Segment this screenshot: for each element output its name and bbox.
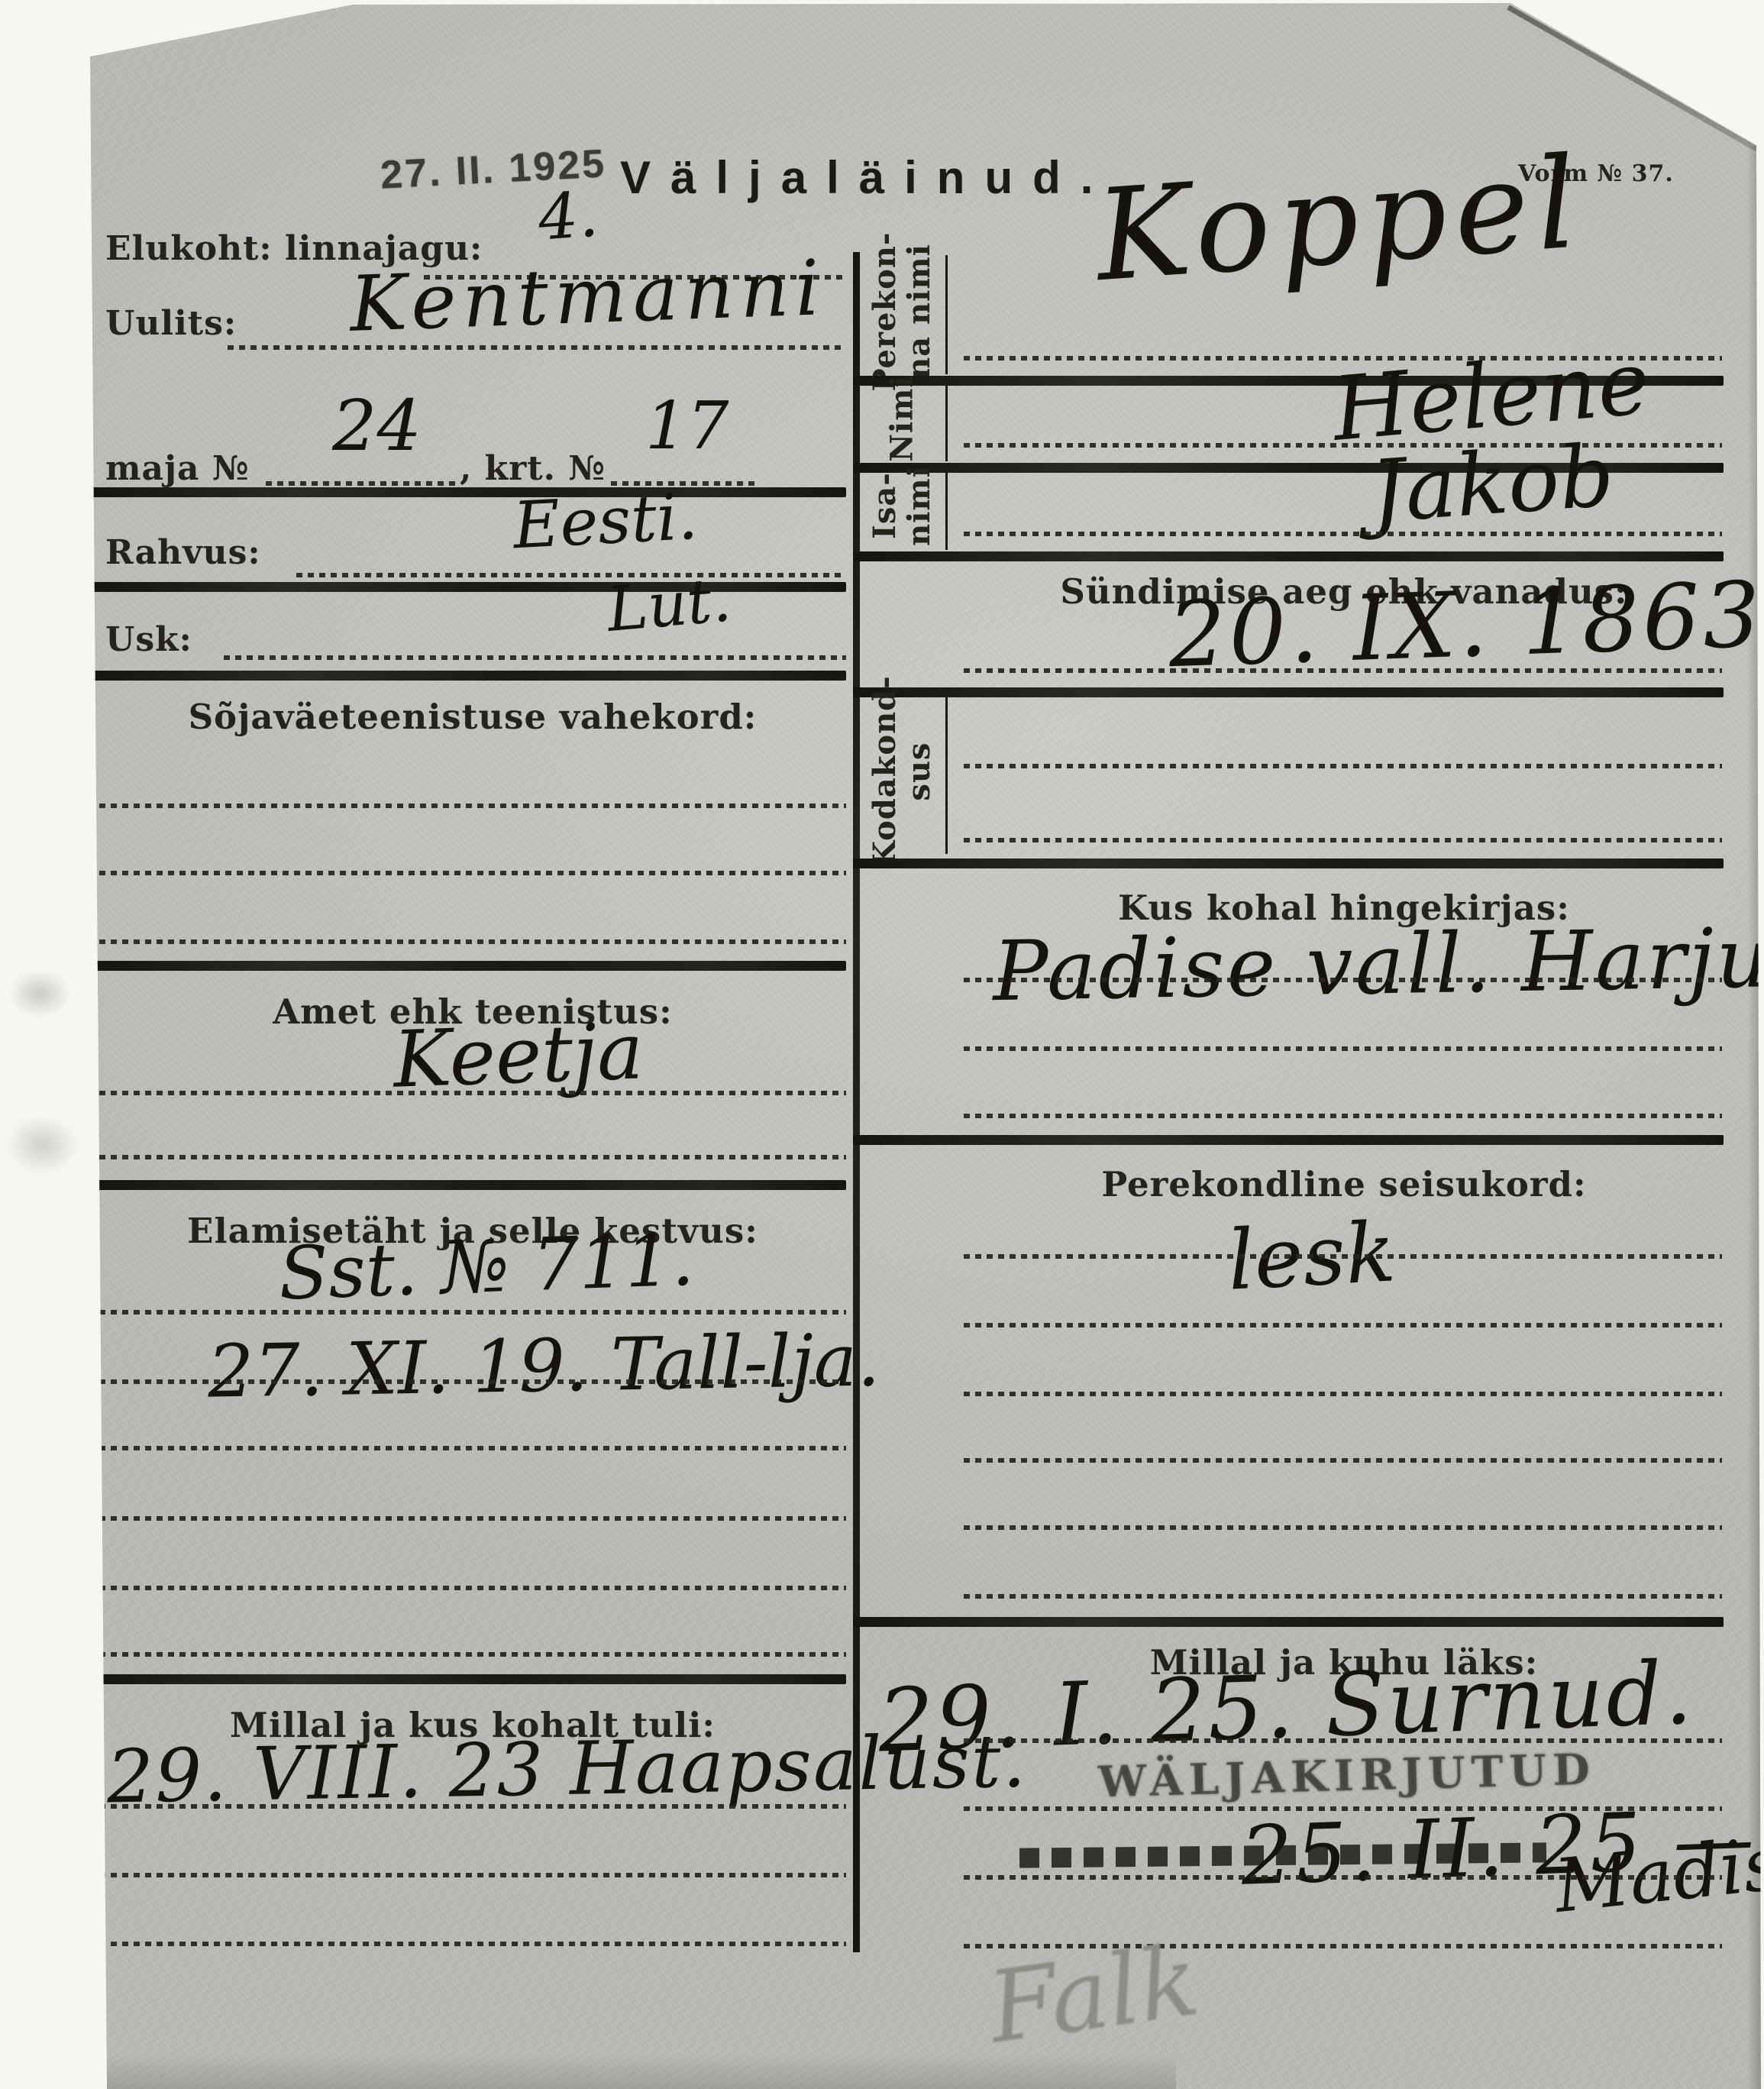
rule-thick: [90, 961, 846, 971]
dotted-line: [296, 573, 846, 577]
dotted-line: [964, 764, 1722, 768]
dotted-line: [99, 1804, 846, 1809]
dotted-line: [99, 871, 846, 875]
top-left-crease: [84, 0, 355, 25]
rule-thick: [90, 487, 846, 497]
maja-label: maja №: [105, 449, 250, 488]
rule-thin-vertical: [945, 466, 948, 550]
dotted-line: [99, 1942, 846, 1946]
rule-thick: [90, 1674, 846, 1684]
usk-value: Lut.: [605, 569, 734, 641]
dotted-line: [99, 1379, 846, 1384]
amet-value: Keetja: [392, 1013, 645, 1099]
scan-background: 27. II. 1925 Väljaläinud. Vorm № 37. Elu…: [0, 0, 1764, 2089]
rule-thin-vertical: [945, 379, 948, 461]
dotted-line: [964, 1046, 1722, 1051]
dotted-line: [964, 1323, 1722, 1327]
perekonnanimi-label: Perekon- na nimi: [868, 231, 937, 391]
dotted-line: [964, 1392, 1722, 1396]
rule-thick: [90, 582, 846, 592]
maja-value: 24: [332, 391, 422, 461]
sundimise-value: 20. IX. 1863.: [1167, 568, 1764, 681]
rule-thick: [853, 551, 1724, 561]
rahvus-label: Rahvus:: [105, 533, 261, 572]
rule-thick: [853, 1135, 1724, 1145]
dotted-line: [99, 1873, 846, 1877]
dotted-line: [964, 1594, 1722, 1599]
rule-thick: [90, 1180, 846, 1190]
rahvus-value: Eesti.: [512, 484, 699, 558]
krt-value: 17: [645, 393, 729, 459]
dotted-line: [964, 978, 1722, 982]
sojavae-label: Sõjaväeteenistuse vahekord:: [99, 697, 846, 737]
dotted-line: [228, 345, 846, 350]
page-title: Väljaläinud.: [620, 151, 1113, 204]
dotted-line: [99, 1516, 846, 1521]
elukoht-value: 4.: [536, 183, 600, 250]
dotted-line: [964, 1875, 1722, 1880]
krt-label: , krt. №: [460, 449, 606, 488]
dotted-line: [99, 1310, 846, 1315]
dotted-line: [99, 804, 846, 808]
column-divider: [853, 252, 860, 1952]
rule-thick: [853, 1617, 1724, 1627]
dotted-line: [964, 1525, 1722, 1530]
dotted-line: [99, 939, 846, 944]
rule-thick: [90, 671, 846, 681]
rule-thick: [853, 859, 1724, 868]
dotted-line: [224, 655, 846, 660]
usk-label: Usk:: [105, 620, 192, 659]
document-paper: 27. II. 1925 Väljaläinud. Vorm № 37. Elu…: [0, 0, 1764, 2089]
rule-thin-vertical: [945, 690, 948, 854]
dotted-line: [964, 838, 1722, 842]
dotted-line: [964, 532, 1722, 536]
isanimi-label: Isa- nimi: [868, 465, 937, 546]
dotted-line: [99, 1652, 846, 1657]
kodakondsus-label: Kodakond- sus: [868, 675, 937, 868]
rule-thick: [853, 687, 1724, 697]
dotted-line: [964, 1114, 1722, 1118]
elamisetaht-value-2: 27. XI. 19. Tall-lja.: [207, 1324, 880, 1408]
hingekirjas-value: Padise vall. Harju mk.: [992, 914, 1764, 1014]
margin-smudge: [6, 1115, 79, 1175]
dotted-line: [964, 1254, 1722, 1259]
perekonnanimi-value: Koppel: [1092, 140, 1588, 299]
dotted-line: [964, 668, 1722, 673]
dotted-line: [964, 1738, 1722, 1743]
dotted-line: [99, 1446, 846, 1450]
top-right-crease: [1507, 5, 1758, 151]
elamisetaht-value-1: Sst. № 711.: [278, 1224, 696, 1311]
pencil-signature: Falk: [983, 1932, 1204, 2058]
rule-thin-vertical: [945, 255, 948, 374]
dotted-line: [99, 1091, 846, 1095]
dotted-line: [964, 1458, 1722, 1463]
nimi-label: Nimi: [886, 375, 920, 461]
dotted-line: [99, 1155, 846, 1159]
margin-smudge: [9, 970, 70, 1017]
seisukord-label: Perekondline seisukord:: [966, 1164, 1722, 1205]
dotted-line: [266, 481, 457, 486]
uulits-label: Uulits:: [105, 304, 237, 343]
dotted-line: [99, 1586, 846, 1590]
isanimi-value: Jakob: [1368, 433, 1617, 535]
uulits-value: Kentmanni: [348, 250, 826, 343]
